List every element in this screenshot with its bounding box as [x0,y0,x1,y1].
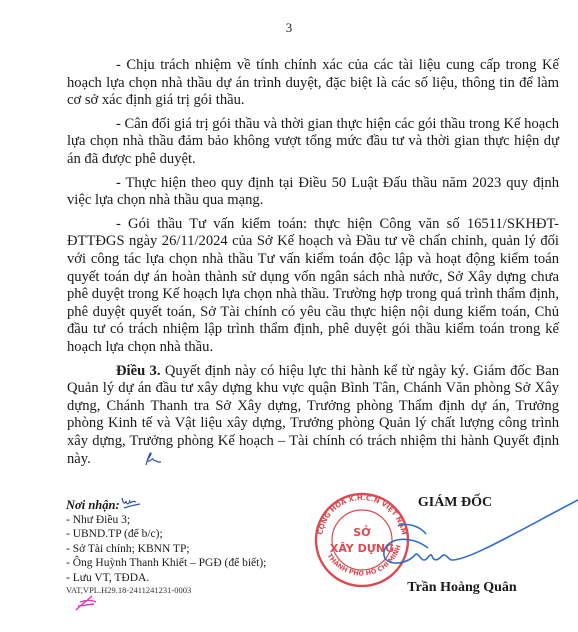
svg-text:THÀNH PHỐ HỒ CHÍ MINH: THÀNH PHỐ HỒ CHÍ MINH [325,544,402,578]
signer-position: GIÁM ĐỐC [380,495,530,511]
recipients-title: Nơi nhận: [66,495,316,513]
recipient-item: - Như Điều 3; [66,513,316,528]
paragraph-regulation: - Thực hiện theo quy định tại Điều 50 Lu… [67,175,559,210]
recipient-item: - Lưu VT, TĐDA. [66,571,316,586]
initial-pink-icon [76,596,96,610]
paragraph-balance: - Cân đối giá trị gói thầu và thời gian … [67,116,559,169]
article-3-heading: Điều 3. [116,363,161,379]
article-3: Điều 3. Quyết định này có hiệu lực thi h… [67,363,559,470]
recipient-item: - Ông Huỳnh Thanh Khiết – PGĐ (để biết); [66,556,316,571]
page-number: 3 [0,20,578,36]
svg-text:XÂY DỰNG: XÂY DỰNG [330,542,394,555]
svg-text:SỞ: SỞ [353,525,371,539]
signer-name: Trần Hoàng Quân [382,580,542,596]
paragraph-audit-package: - Gói thầu Tư vấn kiểm toán: thực hiện C… [67,216,559,357]
document-body: - Chịu trách nhiệm về tính chính xác của… [67,57,559,475]
paragraph-responsibility: - Chịu trách nhiệm về tính chính xác của… [67,57,559,110]
recipients-block: Nơi nhận: - Như Điều 3; - UBND.TP (để b/… [66,495,316,596]
recipient-item: - UBND.TP (để b/c); [66,527,316,542]
document-reference: VAT,VPL.H29.18-2411241231-0003 [66,585,316,596]
recipient-item: - Sở Tài chính; KBNN TP; [66,542,316,557]
initial-mark-icon [91,450,113,464]
